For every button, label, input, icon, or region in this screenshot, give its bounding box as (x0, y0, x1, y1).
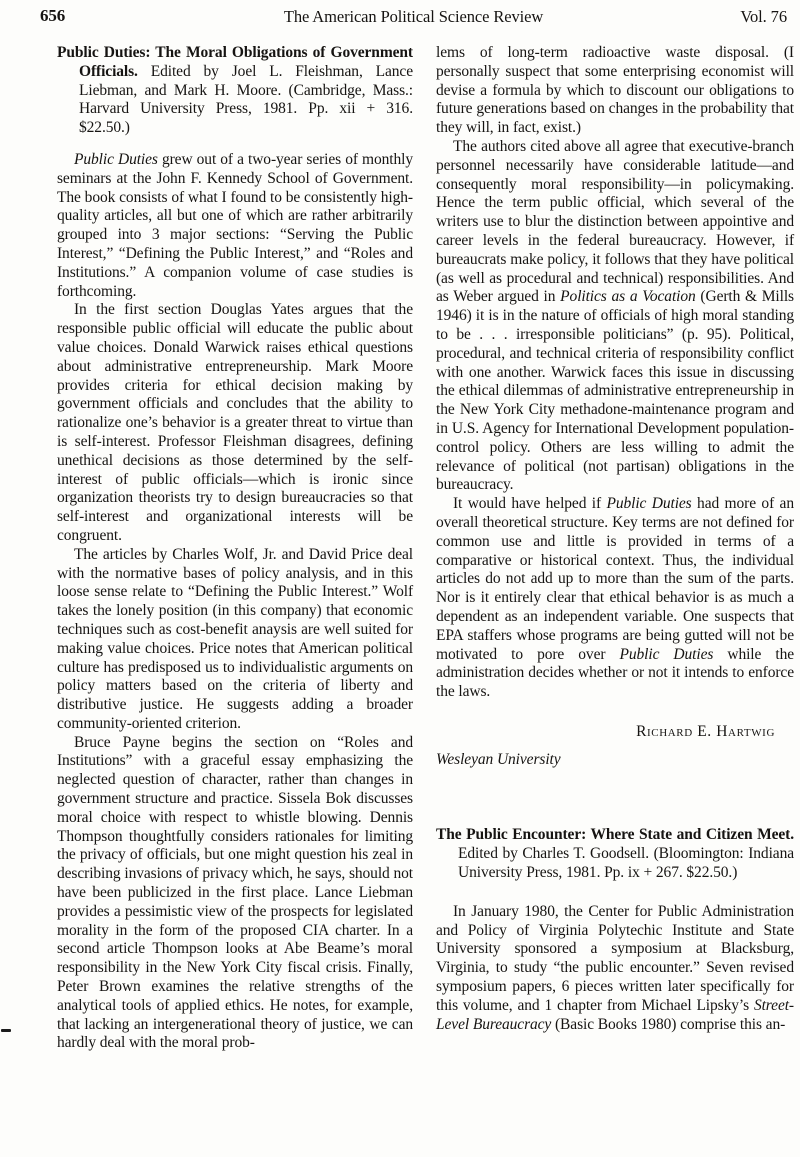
review2-heading: The Public Encounter: Where State and Ci… (436, 826, 794, 882)
journal-title: The American Political Science Review (40, 8, 787, 27)
volume-label: Vol. 76 (740, 8, 787, 27)
scan-artifact-mark (1, 1029, 11, 1032)
review1-paragraph-5: The authors cited above all agree that e… (436, 138, 794, 495)
review1-paragraph-2: In the first section Douglas Yates argue… (57, 301, 413, 545)
review1-paragraph-6: It would have helped if Public Duties ha… (436, 495, 794, 702)
right-column: lems of long-term radioactive waste disp… (436, 44, 794, 1053)
journal-page: 656 The American Political Science Revie… (0, 0, 800, 1157)
review1-paragraph-4-continuation: lems of long-term radioactive waste disp… (436, 44, 794, 138)
reviewer-name: Richard E. Hartwig (436, 723, 794, 742)
review1-paragraph-1: Public Duties grew out of a two-year ser… (57, 151, 413, 301)
review1-paragraph-3: The articles by Charles Wolf, Jr. and Da… (57, 546, 413, 734)
left-column: Public Duties: The Moral Obligations of … (57, 44, 413, 1053)
two-column-text-block: Public Duties: The Moral Obligations of … (57, 44, 794, 1053)
review1-paragraph-4: Bruce Payne begins the section on “Roles… (57, 734, 413, 1054)
review1-heading: Public Duties: The Moral Obligations of … (57, 44, 413, 138)
review2-paragraph-1: In January 1980, the Center for Public A… (436, 903, 794, 1035)
running-header: 656 The American Political Science Revie… (0, 7, 800, 31)
reviewer-affiliation: Wesleyan University (436, 751, 794, 770)
